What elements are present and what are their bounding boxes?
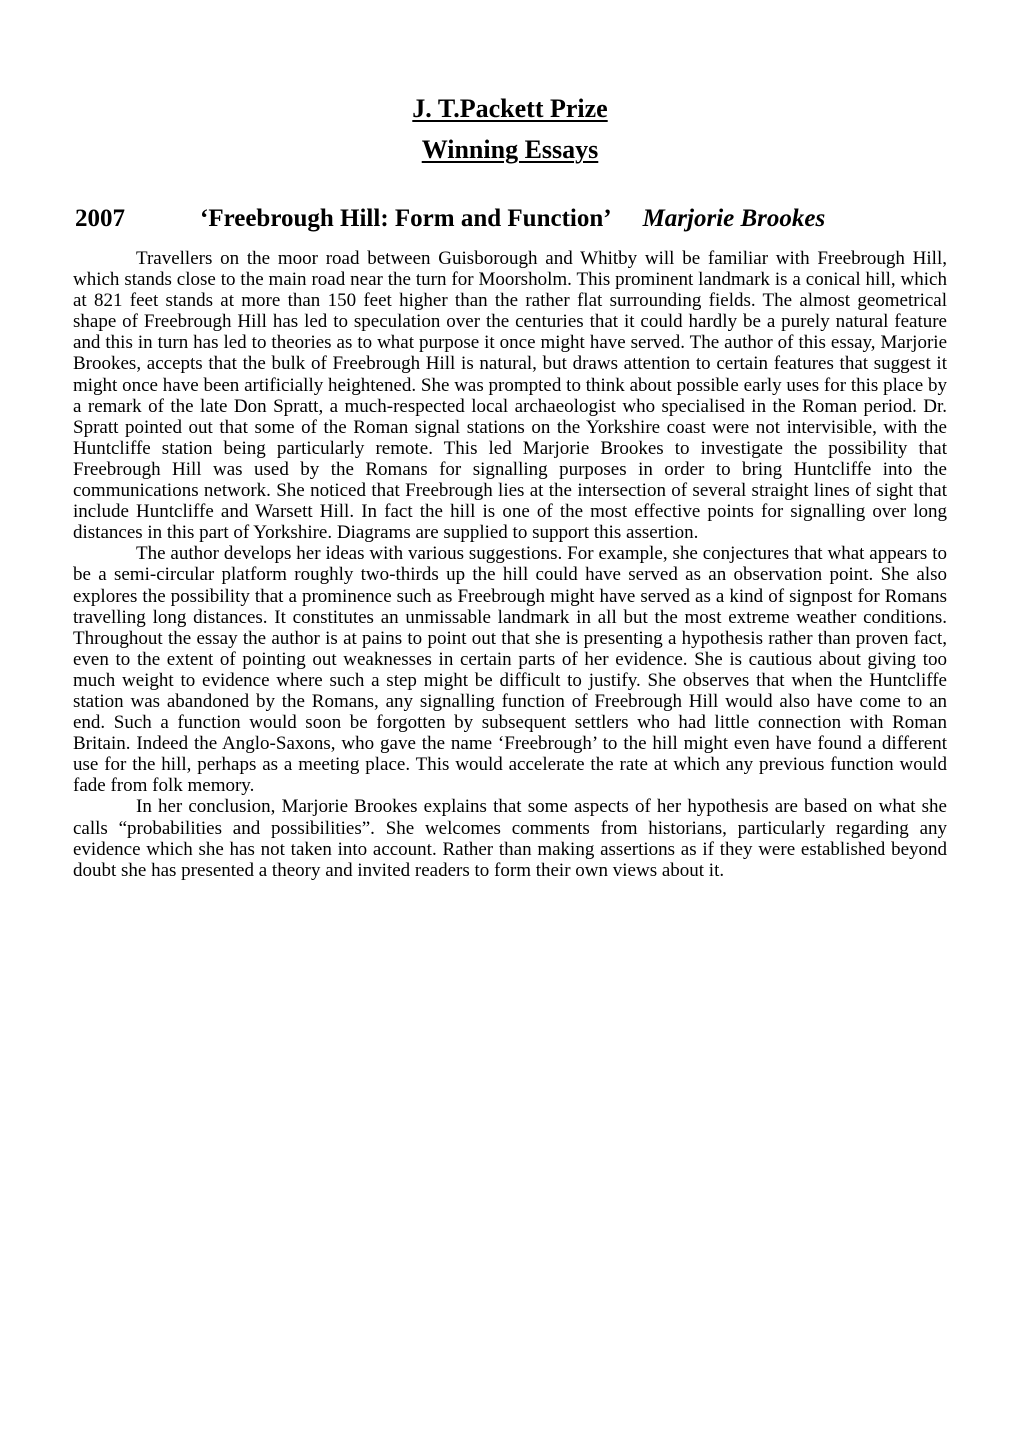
essay-paragraph-1: Travellers on the moor road between Guis… — [73, 248, 947, 543]
essay-heading: 2007‘Freebrough Hill: Form and Function’… — [73, 204, 947, 234]
essay-author: Marjorie Brookes — [643, 205, 826, 232]
essay-body: Travellers on the moor road between Guis… — [73, 248, 947, 881]
document-title: J. T.Packett Prize — [73, 93, 947, 125]
essay-year: 2007 — [75, 204, 200, 234]
essay-paragraph-3: In her conclusion, Marjorie Brookes expl… — [73, 796, 947, 880]
document-subtitle: Winning Essays — [73, 134, 947, 166]
essay-paragraph-2: The author develops her ideas with vario… — [73, 543, 947, 796]
document-page: J. T.Packett Prize Winning Essays 2007‘F… — [0, 0, 1020, 1443]
essay-title: ‘Freebrough Hill: Form and Function’ — [200, 205, 612, 232]
